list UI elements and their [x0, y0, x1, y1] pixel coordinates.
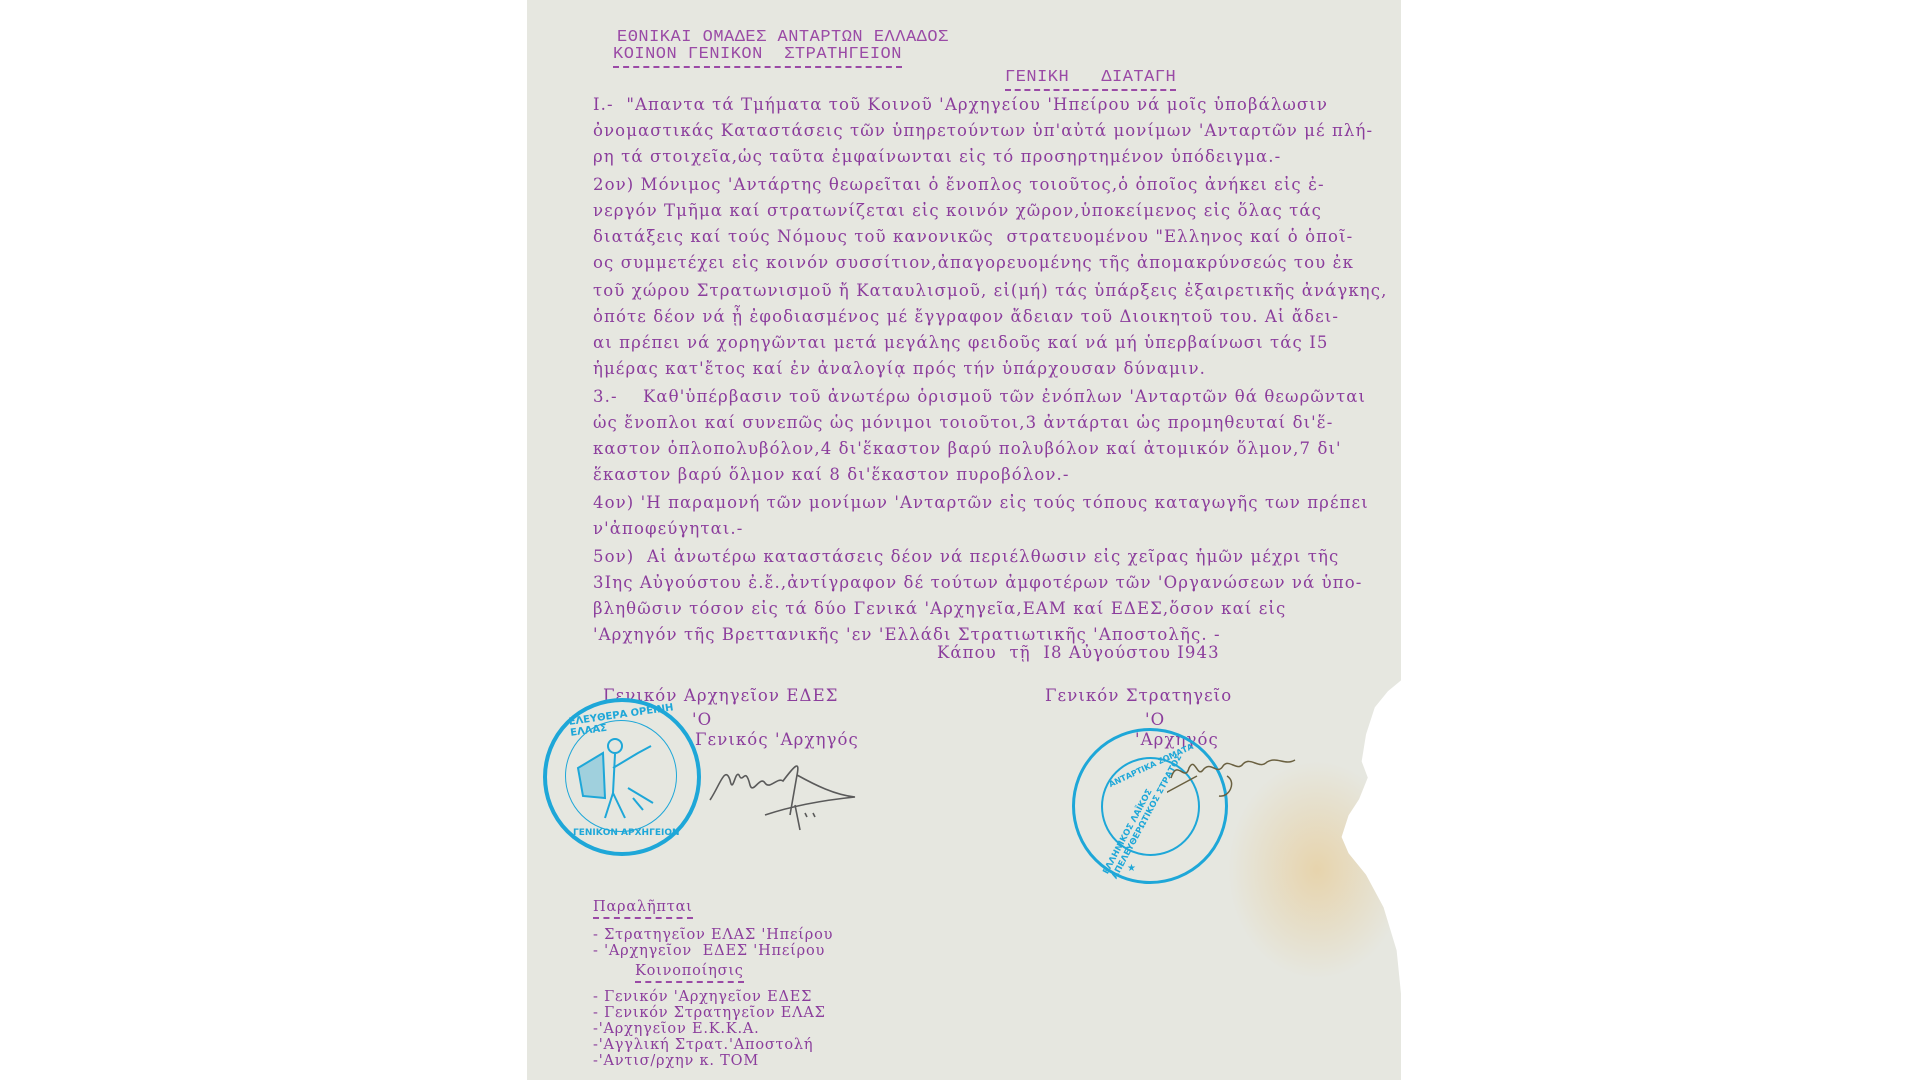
date-line: Κάπου τῇ Ι8 Αὐγούστου Ι943: [937, 643, 1220, 662]
cc-heading: Κοινοποίησις: [635, 964, 744, 983]
left-stamp: ΕΛΕΥΘΕΡΑ ΟΡΕΙΝΗ ΕΛΛΑΣ ΓΕΝΙΚΟΝ ΑΡΧΗΓΕΙΟΝ: [543, 698, 701, 856]
body-line: 5ον) Αἱ ἀνωτέρω καταστάσεις δέον νά περι…: [593, 547, 1339, 566]
recipient-item: - 'Αρχηγεῖον ΕΔΕΣ 'Ηπείρου: [593, 944, 825, 959]
body-line: βληθῶσιν τόσον εἰς τά δύο Γενικά 'Αρχηγε…: [593, 599, 1286, 618]
cc-item: - Γενικόν 'Αρχηγεῖον ΕΔΕΣ: [593, 990, 812, 1005]
body-line: I.- "Απαντα τά Τμήματα τοῦ Κοινοῦ 'Αρχηγ…: [593, 95, 1328, 114]
cc-item: - Γενικόν Στρατηγεῖον ΕΛΑΣ: [593, 1006, 826, 1021]
body-line: 3Ιης Αὐγούστου ἐ.ἔ.,ἀντίγραφον δέ τούτων…: [593, 573, 1362, 592]
body-line: διατάξεις καί τούς Νόμους τοῦ κανονικῶς …: [593, 227, 1353, 246]
body-line: αι πρέπει νά χορηγῶνται μετά μεγάλης φει…: [593, 333, 1328, 352]
body-line: ὀνομαστικάς Καταστάσεις τῶν ὑπηρετούντων…: [593, 121, 1373, 140]
body-line: ν'ἀποφεύγηται.-: [593, 519, 743, 538]
punch-hole: [449, 42, 463, 60]
body-line: ρη τά στοιχεῖα,ὡς ταῦτα ἐμφαίνωνται εἰς …: [593, 147, 1281, 166]
body-line: νεργόν Τμῆμα καί στρατωνίζεται εἰς κοινό…: [593, 201, 1322, 220]
right-signature: [1167, 748, 1317, 818]
cc-item: -'Αγγλική Στρατ.'Αποστολή: [593, 1038, 813, 1053]
body-line: 4ον) 'Η παραμονή τῶν μονίμων 'Ανταρτῶν ε…: [593, 493, 1369, 512]
recipients-heading: Παραλῆπται: [593, 900, 693, 919]
body-line: ὁπότε δέον νά ᾖ ἐφοδιασμένος μέ ἔγγραφον…: [593, 307, 1339, 326]
right-signatory-article: 'Ο: [1145, 710, 1165, 729]
body-line: ὡς ἔνοπλοι καί συνεπῶς ὡς μόνιμοι τοιοῦτ…: [593, 413, 1333, 432]
body-line: 3.- Καθ'ὑπέρβασιν τοῦ ἀνωτέρω ὁρισμοῦ τῶ…: [593, 387, 1366, 406]
header-line-2: ΚΟΙΝΟΝ ΓΕΝΙΚΟΝ ΣΤΡΑΤΗΓΕΙΟΝ: [613, 45, 902, 68]
body-line: τοῦ χώρου Στρατωνισμοῦ ἤ Καταυλισμοῦ, εἰ…: [593, 281, 1387, 300]
document-title: ΓΕΝΙΚΗ ΔΙΑΤΑΓΗ: [1005, 68, 1176, 91]
cc-item: -'Αρχηγεῖον Ε.Κ.Κ.Α.: [593, 1022, 760, 1037]
body-line: ἕκαστον βαρύ ὅλμον καί 8 δι'ἕκαστον πυρο…: [593, 465, 1070, 484]
body-line: ος συμμετέχει εἰς κοινόν συσσίτιον,ἀπαγο…: [593, 253, 1354, 272]
stamp-star-icon: ★: [1127, 863, 1136, 874]
trumpeter-emblem-icon: [543, 698, 693, 848]
recipient-item: - Στρατηγεῖον ΕΛΑΣ 'Ηπείρου: [593, 928, 833, 943]
body-line: 2ον) Μόνιμος 'Αντάρτης θεωρεῖται ὁ ἔνοπλ…: [593, 175, 1325, 194]
body-line: 'Αρχηγόν τῆς Βρεττανικῆς 'εν 'Ελλάδι Στρ…: [593, 625, 1221, 644]
body-line: ἡμέρας κατ'ἔτος καί ἐν ἀναλογίᾳ πρός τήν…: [593, 359, 1206, 378]
left-signatory-role: Γενικός 'Αρχηγός: [695, 730, 859, 749]
right-signatory-org: Γενικόν Στρατηγεῖο: [1045, 686, 1232, 705]
rust-stain: [447, 40, 463, 60]
document-page: ΕΘΝΙΚΑΙ ΟΜΑΔΕΣ ΑΝΤΑΡΤΩΝ ΕΛΛΑΔΟΣ ΚΟΙΝΟΝ Γ…: [527, 0, 1401, 1080]
body-line: καστον ὁπλοπολυβόλον,4 δι'ἕκαστον βαρύ π…: [593, 439, 1342, 458]
left-signature: [705, 755, 875, 835]
cc-item: -'Αντισ/ρχην κ. ΤΟΜ: [593, 1054, 759, 1069]
